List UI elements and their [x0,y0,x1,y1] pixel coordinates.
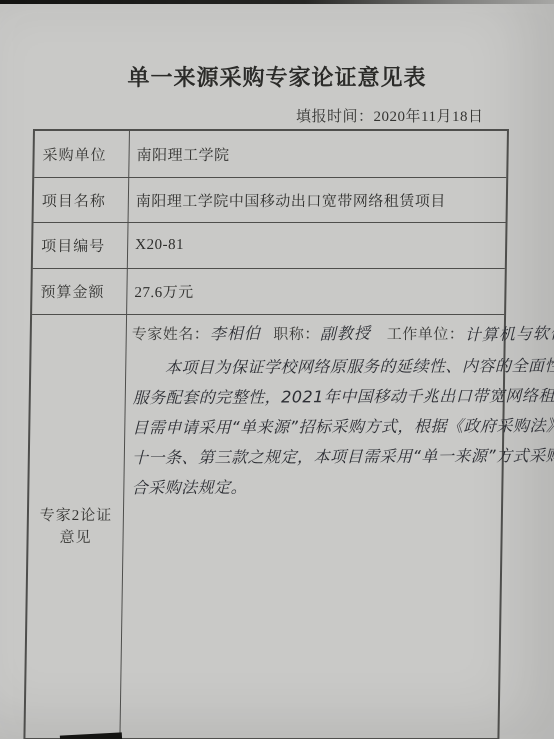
expert2-opinion-cell: 专家姓名：李相伯职称：副教授工作单位：计算机与软件学院 本项目为保证学校网络原服… [120,315,554,738]
form-title: 单一来源采购专家论证意见表 [0,61,554,92]
table-row-purchasing-unit: 采购单位 南阳理工学院 [34,131,507,178]
expert-header-line: 专家姓名：李相伯职称：副教授工作单位：计算机与软件学院 [132,321,554,344]
expert-name-handwritten: 李相伯 [209,320,260,344]
label-project-name: 项目名称 [34,178,130,222]
expert-title-handwritten: 副教授 [320,320,371,344]
label-project-number: 项目编号 [33,223,129,268]
expert-title-label: 职称： [273,327,320,343]
value-project-name: 南阳理工学院中国移动出口宽带网络租赁项目 [129,178,507,222]
fill-date: 填报时间：2020年11月18日 [296,105,483,126]
fill-date-label: 填报时间： [296,109,374,125]
table-row-project-number: 项目编号 X20-81 [33,223,506,269]
table-row-budget-amount: 预算金额 27.6万元 [32,269,505,315]
table-row-expert2-opinion: 专家2论证意见 专家姓名：李相伯职称：副教授工作单位：计算机与软件学院 本项目为… [25,315,504,738]
expert-opinion-handwritten: 本项目为保证学校网络原服务的延续性、内容的全面性以及服务配套的完整性，2021年… [132,351,554,503]
form-table: 采购单位 南阳理工学院 项目名称 南阳理工学院中国移动出口宽带网络租赁项目 项目… [23,129,509,739]
table-row-project-name: 项目名称 南阳理工学院中国移动出口宽带网络租赁项目 [34,178,507,223]
value-purchasing-unit: 南阳理工学院 [129,131,507,177]
expert-unit-handwritten: 计算机与软件学院 [464,320,554,346]
expert-unit-label: 工作单位： [387,327,465,343]
expert-name-label: 专家姓名： [132,327,210,343]
paper-sheet: 单一来源采购专家论证意见表 填报时间：2020年11月18日 采购单位 南阳理工… [0,4,554,739]
label-expert2-opinion: 专家2论证意见 [25,315,127,738]
fill-date-value: 2020年11月18日 [374,109,484,125]
label-budget-amount: 预算金额 [32,269,128,314]
label-purchasing-unit: 采购单位 [34,131,130,177]
value-budget-amount: 27.6万元 [127,269,505,314]
value-project-number: X20-81 [128,223,506,268]
